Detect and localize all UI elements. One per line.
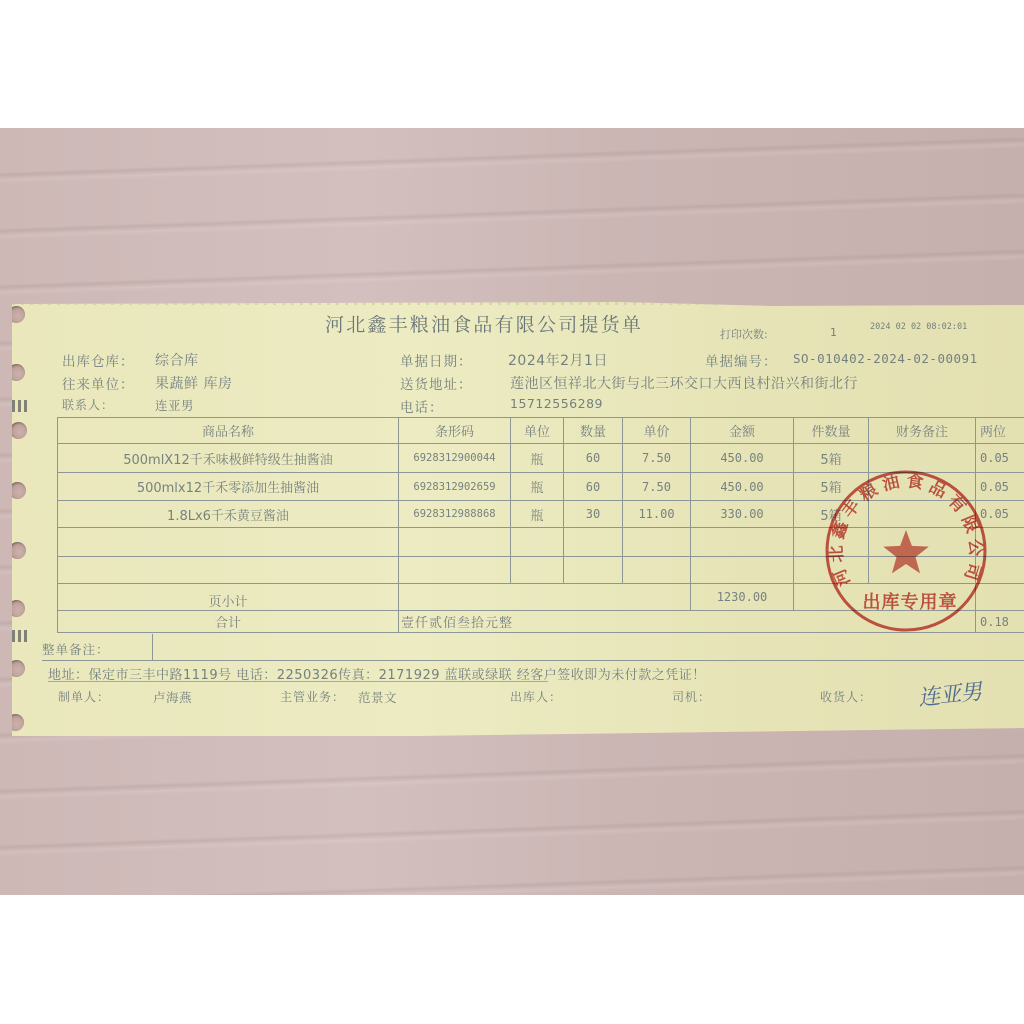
column-header-unit: 单位: [511, 418, 564, 444]
column-header-amount: 金额: [691, 418, 794, 444]
empty-cell: [623, 557, 691, 584]
empty-cell: [564, 557, 623, 584]
unit-cell: 瓶: [511, 473, 564, 501]
receiver-label: 收货人：: [820, 688, 872, 705]
manager-label: 主管业务：: [280, 688, 345, 705]
perforation-hole: [12, 422, 27, 439]
empty-cell: [691, 557, 794, 584]
remark-row-divider: [152, 634, 153, 660]
doc-number-value: SO-010402-2024-02-00091: [793, 351, 978, 366]
empty-cell: [58, 528, 399, 557]
product-name-cell: 500mlx12千禾零添加生抽酱油: [58, 473, 399, 501]
seal-center-text: 出库专用章: [863, 591, 958, 613]
page-subtotal-label: 页小计: [58, 584, 399, 611]
perforation-hole: [12, 482, 26, 499]
empty-cell: [564, 528, 623, 557]
quantity-cell: 30: [564, 501, 623, 528]
maker-value: 卢海燕: [153, 688, 192, 706]
column-header-barcode: 条形码: [399, 418, 511, 444]
doc-number-label: 单据编号：: [705, 350, 778, 370]
carbon-ink-mark: [12, 630, 28, 642]
partner-label: 往来单位：: [62, 373, 135, 393]
empty-cell: [399, 557, 511, 584]
quantity-cell: 60: [564, 444, 623, 473]
maker-label: 制单人：: [58, 688, 110, 705]
barcode-cell: 6928312988868: [399, 501, 511, 528]
column-header-quantity: 数量: [564, 418, 623, 444]
print-timestamp: 2024 02 02 08:02:01: [870, 322, 967, 332]
table-header-row: 商品名称 条形码 单位 数量 单价 金额 件数量 财务备注 两位: [58, 418, 1024, 444]
column-header-extra: 两位: [976, 418, 1024, 444]
carbon-ink-mark: [12, 400, 28, 412]
company-seal-stamp: 河北鑫丰粮油食品有限公司 出库专用章: [824, 466, 988, 636]
quantity-cell: 60: [564, 473, 623, 501]
barcode-cell: 6928312900044: [399, 444, 511, 473]
unit-cell: 瓶: [511, 444, 564, 473]
product-name-cell: 500mlX12千禾味极鲜特级生抽酱油: [58, 444, 399, 473]
date-value: 2024年2月1日: [508, 350, 608, 370]
seal-arc-text: 河北鑫丰粮油食品有限公司: [827, 471, 986, 589]
document-title: 河北鑫丰粮油食品有限公司提货单: [325, 310, 643, 337]
warehouse-value: 综合库: [155, 350, 199, 370]
perforation-hole: [12, 306, 25, 323]
seal-star-icon: [883, 530, 929, 573]
driver-label: 司机：: [672, 688, 711, 705]
amount-cell: 330.00: [691, 501, 794, 528]
warehouse-label: 出库仓库：: [62, 350, 135, 370]
date-label: 单据日期：: [400, 350, 473, 370]
manager-value: 范景文: [358, 688, 397, 706]
perforation-hole: [12, 364, 25, 381]
column-header-finance-note: 财务备注: [869, 418, 976, 444]
empty-cell: [623, 528, 691, 557]
amount-cell: 450.00: [691, 473, 794, 501]
contact-label: 联系人：: [62, 396, 114, 413]
unit-price-cell: 11.00: [623, 501, 691, 528]
unit-price-cell: 7.50: [623, 473, 691, 501]
empty-cell: [511, 528, 564, 557]
empty-cell: [399, 584, 691, 611]
remark-label: 整单备注：: [42, 640, 110, 658]
contact-value: 连亚男: [155, 396, 194, 414]
print-count-label: 打印次数:: [720, 326, 768, 342]
remark-row-bottom-rule: [42, 660, 1024, 661]
issuer-label: 出库人：: [510, 688, 562, 705]
phone-label: 电话：: [400, 396, 444, 416]
perforation-hole: [12, 542, 26, 559]
barcode-cell: 6928312902659: [399, 473, 511, 501]
unit-cell: 瓶: [511, 501, 564, 528]
amount-cell: 450.00: [691, 444, 794, 473]
column-header-unit-price: 单价: [623, 418, 691, 444]
total-label: 合计: [58, 611, 399, 633]
column-header-product-name: 商品名称: [58, 418, 399, 444]
empty-cell: [58, 557, 399, 584]
column-header-pieces: 件数量: [794, 418, 869, 444]
empty-cell: [399, 528, 511, 557]
perforation-hole: [12, 714, 24, 731]
perforation-hole: [12, 600, 25, 617]
address-underline: [48, 681, 548, 682]
partner-value: 果蔬鲜 库房: [155, 373, 232, 393]
product-name-cell: 1.8Lx6千禾黄豆酱油: [58, 501, 399, 528]
perforation-hole: [12, 660, 25, 677]
unit-price-cell: 7.50: [623, 444, 691, 473]
phone-value: 15712556289: [510, 396, 603, 411]
delivery-address-label: 送货地址：: [400, 373, 473, 393]
empty-cell: [511, 557, 564, 584]
delivery-address-value: 莲池区恒祥北大街与北三环交口大西良村沿兴和街北行: [510, 373, 858, 393]
empty-cell: [691, 528, 794, 557]
print-count-value: 1: [830, 326, 837, 339]
receiver-handwritten-signature: 连亚男: [917, 675, 983, 712]
page-subtotal-amount: 1230.00: [691, 584, 794, 611]
